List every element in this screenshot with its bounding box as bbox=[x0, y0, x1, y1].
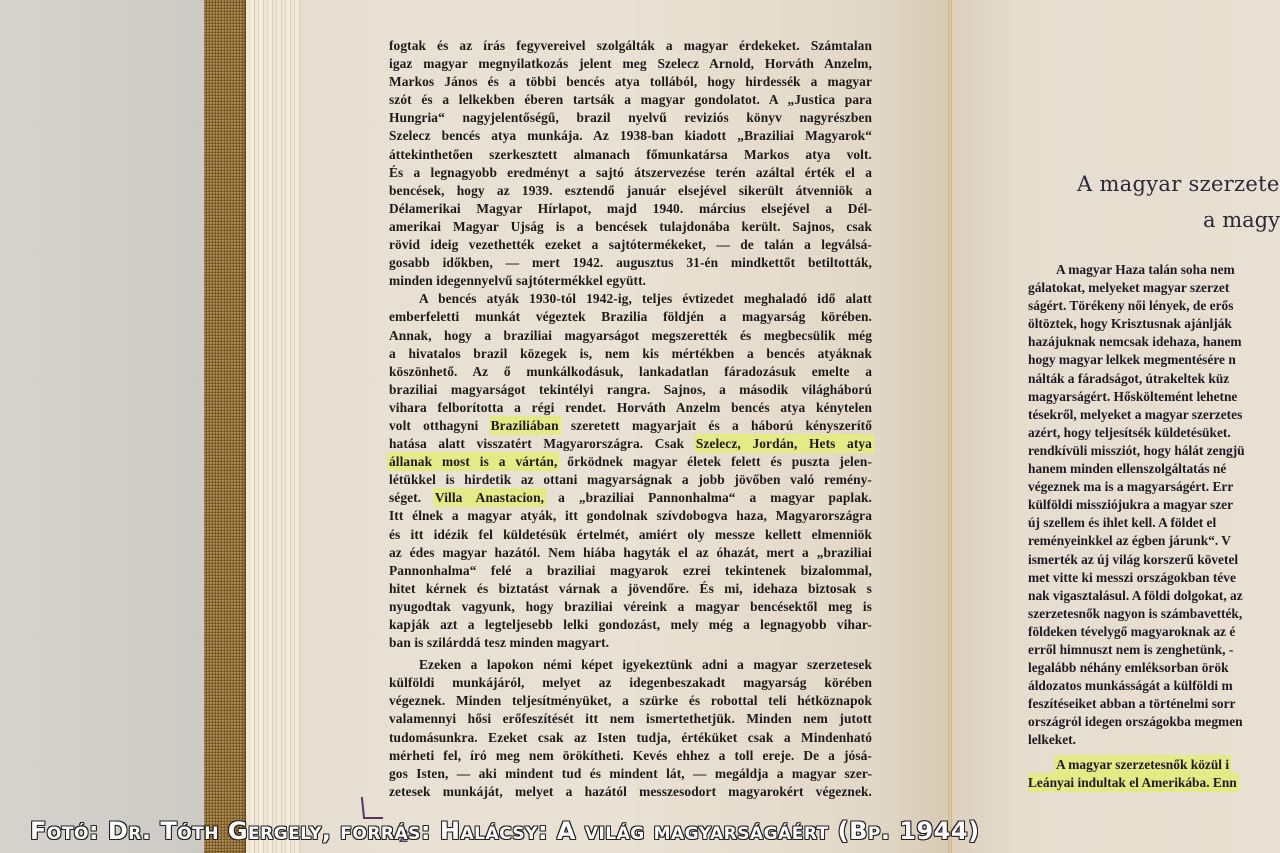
text-line: hitet kérnek és biztatást várnak a jöven… bbox=[389, 580, 872, 598]
text-line: hazájuknak nemcsak idehaza, hanem bbox=[1028, 333, 1280, 351]
text-line-with-highlight: állanak most is a vártán, őrködnek magya… bbox=[389, 453, 872, 471]
highlighted-text: állanak most is a vártán, bbox=[389, 454, 557, 469]
chapter-title-line-2: a magy bbox=[1203, 208, 1280, 232]
highlighted-text: Szelecz, Jordán, Hets atya bbox=[696, 436, 872, 451]
text-line: végeznek. Minden teljesítményüket, a szü… bbox=[389, 692, 872, 710]
text-span: szeretett magyarjait és a háború kénysze… bbox=[559, 418, 872, 433]
text-line: végeznek ma is a magyarságért. Err bbox=[1028, 478, 1280, 496]
text-line: kapják azt a legteljesebb lelki gondozás… bbox=[389, 616, 872, 634]
text-line: Délamerikai Magyar Hírlapot, majd 1940. … bbox=[389, 200, 872, 218]
left-page-text: fogtak és az írás fegyvereivel szolgáltá… bbox=[389, 37, 872, 801]
text-line: földeken tévelygő magyaroknak az é bbox=[1028, 623, 1280, 641]
text-span: a „braziliai Pannonhalma“ a magyar papla… bbox=[544, 490, 872, 505]
text-line: reményeinkkel az égben járunk“. V bbox=[1028, 532, 1280, 550]
text-span: volt otthagyni bbox=[389, 418, 491, 433]
text-line: mérheti fel, író meg nem örökítheti. Kev… bbox=[389, 747, 872, 765]
highlighted-text: Braziliában bbox=[491, 418, 559, 433]
text-line: met vitte ki messzi országokban téve bbox=[1028, 569, 1280, 587]
text-line: gos Isten, — aki mindent tud és mindent … bbox=[389, 765, 872, 783]
text-line: rövid ideig vezethették ezeket a sajtóte… bbox=[389, 236, 872, 254]
text-line: új szellem és ihlet kell. A földet el bbox=[1028, 514, 1280, 532]
highlighted-text: A magyar szerzetesnők közül i bbox=[1056, 757, 1229, 772]
text-line: magyarságért. Hősköltemént lehetne bbox=[1028, 388, 1280, 406]
page-edges-stack bbox=[246, 0, 304, 853]
text-line: öltöztek, hogy Krisztusnak ajánlják bbox=[1028, 315, 1280, 333]
text-line: az édes magyar hazától. Nem hiába hagytá… bbox=[389, 544, 872, 562]
text-line: A bencés atyák 1930-tól 1942-ig, teljes … bbox=[389, 290, 872, 308]
text-line: amerikai Magyar Ujság is a bencések tula… bbox=[389, 218, 872, 236]
text-line: nyugodtak vagyunk, hogy braziliai vérein… bbox=[389, 598, 872, 616]
text-line: hogy magyar lelkek megmentésére n bbox=[1028, 351, 1280, 369]
text-line: vihara felborította a régi rendet. Horvá… bbox=[389, 399, 872, 417]
highlighted-text: Villa Anastacion, bbox=[435, 490, 544, 505]
text-line: áttekinthetően szerkesztett almanach főm… bbox=[389, 146, 872, 164]
text-line: hanem minden ellenszolgáltatás né bbox=[1028, 460, 1280, 478]
text-line: tésekről, melyeket a magyar szerzetes bbox=[1028, 406, 1280, 424]
text-line: köszönhető. Az ő munkálkodásuk, lankadat… bbox=[389, 363, 872, 381]
text-line: lelkeket. bbox=[1028, 731, 1280, 749]
highlighted-text: Leányai indultak el Amerikába. Enn bbox=[1028, 775, 1237, 790]
text-line: nak vigasztalásul. A földi dolgokat, az bbox=[1028, 587, 1280, 605]
text-line: Szelecz bencés atya munkája. Az 1938-ban… bbox=[389, 127, 872, 145]
text-span: hatása alatt visszatért Magyarországra. … bbox=[389, 436, 696, 451]
text-line: gosabb időkben, — mert 1942. augusztus 3… bbox=[389, 254, 872, 272]
right-page-text: A magyar Haza talán soha nem gálatokat, … bbox=[1028, 261, 1280, 792]
text-line: gálatokat, melyeket magyar szerzet bbox=[1028, 279, 1280, 297]
text-line: legalább néhány emléksorban örök bbox=[1028, 659, 1280, 677]
text-line: Ezeken a lapokon némi képet igyekeztünk … bbox=[389, 656, 872, 674]
text-line: bencések, hogy az 1939. esztendő január … bbox=[389, 182, 872, 200]
text-span: séget. bbox=[389, 490, 435, 505]
photo-credit-caption: Fotó: Dr. Tóth Gergely, forrás: Halácsy:… bbox=[30, 817, 980, 845]
handwritten-l-mark bbox=[361, 797, 383, 819]
text-line: valamennyi hősi erőfeszítését itt nem is… bbox=[389, 710, 872, 728]
text-line: Markos János és a többi bencés atya toll… bbox=[389, 73, 872, 91]
text-line: fogtak és az írás fegyvereivel szolgáltá… bbox=[389, 37, 872, 55]
text-span: őrködnek magyar életek felett és puszta … bbox=[557, 454, 872, 469]
text-line: erről himnuszt nem is zenghetünk, - bbox=[1028, 641, 1280, 659]
text-line: tudomásunkra. Ezeket csak az Isten tudja… bbox=[389, 729, 872, 747]
text-line: külföldi munkájáról, melyet az idegenbes… bbox=[389, 674, 872, 692]
text-line: külföldi missziójukra a magyar szer bbox=[1028, 496, 1280, 514]
table-surface bbox=[0, 0, 205, 853]
chapter-title: A magyar szerzetesn bbox=[1077, 172, 1280, 196]
text-line: a hivatalos brazil közegek is, nem kis m… bbox=[389, 345, 872, 363]
text-line: nálták a fáradságot, útrakeltek küz bbox=[1028, 370, 1280, 388]
text-line: igaz magyar megnyilatkozás jelent meg Sz… bbox=[389, 55, 872, 73]
text-line: ságért. Törékeny női lények, de erős bbox=[1028, 297, 1280, 315]
text-line: A magyar Haza talán soha nem bbox=[1028, 261, 1280, 279]
text-line: Annak, hogy a braziliai magyarságot megs… bbox=[389, 327, 872, 345]
text-line: rendkívüli missziót, hogy hálát zengjü bbox=[1028, 442, 1280, 460]
text-line: ban is szilárddá tesz minden magyart. bbox=[389, 634, 872, 652]
text-line: áldozatos munkásságát a külföldi m bbox=[1028, 677, 1280, 695]
text-line: és itt idézik fel küldetésük értelmét, a… bbox=[389, 526, 872, 544]
text-line: szerzetesnők nagyon is számbavették, bbox=[1028, 605, 1280, 623]
text-line: braziliai magyarságot tekintélyi rangra.… bbox=[389, 381, 872, 399]
text-line: Hungria“ nagyjelentőségű, brazil nyelvű … bbox=[389, 109, 872, 127]
text-line-with-highlight: volt otthagyni Braziliában szeretett mag… bbox=[389, 417, 872, 435]
text-line: azért, hogy teljesítsék küldetésüket. bbox=[1028, 424, 1280, 442]
text-line: szót és a lelkekben éberen tartsák a mag… bbox=[389, 91, 872, 109]
text-line: emberfeletti munkát végeztek Brazilia fö… bbox=[389, 308, 872, 326]
text-line-with-highlight: séget. Villa Anastacion, a „braziliai Pa… bbox=[389, 489, 872, 507]
text-line: Itt élnek a magyar atyák, itt gondolnak … bbox=[389, 507, 872, 525]
book-spine-cloth bbox=[204, 0, 246, 853]
text-line: zetesek munkáját, melyet a hazától messz… bbox=[389, 783, 872, 801]
text-line: országról idegen országokba megmen bbox=[1028, 713, 1280, 731]
text-line: feszítéseiket abban a történelmi sorr bbox=[1028, 695, 1280, 713]
text-line: És a legnagyobb eredményt a sajtó átszer… bbox=[389, 164, 872, 182]
text-line: minden idegennyelvű sajtótermékkel együt… bbox=[389, 272, 872, 290]
text-line: ismerték az új világ korszerű követel bbox=[1028, 551, 1280, 569]
text-line-highlighted: Leányai indultak el Amerikába. Enn bbox=[1028, 774, 1280, 792]
text-line-with-highlight: hatása alatt visszatért Magyarországra. … bbox=[389, 435, 872, 453]
text-line: Pannonhalma“ felé a braziliai magyarok e… bbox=[389, 562, 872, 580]
text-line-highlighted: A magyar szerzetesnők közül i bbox=[1028, 756, 1280, 774]
text-line: létükkel is hirdetik az ottani magyarság… bbox=[389, 471, 872, 489]
